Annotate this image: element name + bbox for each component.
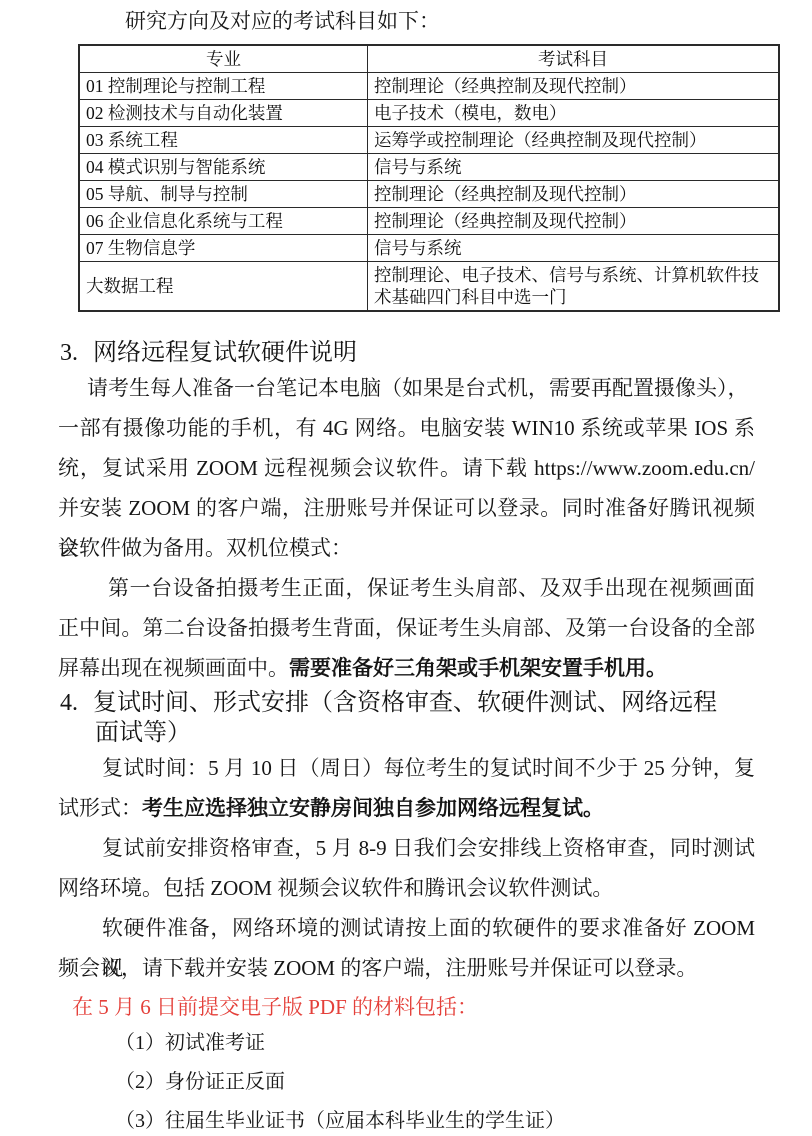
table-row: 07 生物信息学 信号与系统 bbox=[79, 235, 779, 262]
table-row: 01 控制理论与控制工程 控制理论（经典控制及现代控制） bbox=[79, 73, 779, 100]
paragraph-line: 复试时间：5 月 10 日（周日）每位考生的复试时间不少于 25 分钟，复 bbox=[58, 748, 755, 788]
section4-heading: 4. 复试时间、形式安排（含资格审查、软硬件测试、网络远程 bbox=[58, 688, 755, 718]
subject-cell: 运筹学或控制理论（经典控制及现代控制） bbox=[368, 127, 780, 154]
subject-cell: 控制理论（经典控制及现代控制） bbox=[368, 181, 780, 208]
subject-cell: 控制理论（经典控制及现代控制） bbox=[368, 208, 780, 235]
section4-paragraph2: 复试前安排资格审查，5 月 8-9 日我们会安排线上资格审查，同时测试 网络环境… bbox=[58, 828, 755, 908]
paragraph-line: 第一台设备拍摄考生正面，保证考生头肩部、及双手出现在视频画面 bbox=[58, 568, 755, 608]
major-cell: 01 控制理论与控制工程 bbox=[79, 73, 368, 100]
paragraph-line: 并安装 ZOOM 的客户端，注册账号并保证可以登录。同时准备好腾讯视频会 bbox=[58, 488, 755, 528]
subject-cell: 信号与系统 bbox=[368, 235, 780, 262]
subject-cell: 控制理论、电子技术、信号与系统、计算机软件技术基础四门科目中选一门 bbox=[368, 262, 780, 312]
section4-paragraph1: 复试时间：5 月 10 日（周日）每位考生的复试时间不少于 25 分钟，复 试形… bbox=[58, 748, 755, 828]
major-cell: 05 导航、制导与控制 bbox=[79, 181, 368, 208]
paragraph-line: 屏幕出现在视频画面中。需要准备好三角架或手机架安置手机用。 bbox=[58, 648, 755, 688]
paragraph-line: 议软件做为备用。双机位模式： bbox=[58, 528, 755, 568]
table-header-row: 专业 考试科目 bbox=[79, 45, 779, 73]
paragraph-line: 网络环境。包括 ZOOM 视频会议软件和腾讯会议软件测试。 bbox=[58, 868, 755, 908]
subject-cell: 信号与系统 bbox=[368, 154, 780, 181]
list-item: （3）往届生毕业证书（应届本科毕业生的学生证） bbox=[58, 1102, 755, 1136]
section3-paragraph1: 请考生每人准备一台笔记本电脑（如果是台式机，需要再配置摄像头）， 一部有摄像功能… bbox=[58, 368, 755, 568]
section3-number: 3. bbox=[58, 338, 93, 368]
major-cell: 07 生物信息学 bbox=[79, 235, 368, 262]
materials-list: （1）初试准考证 （2）身份证正反面 （3）往届生毕业证书（应届本科毕业生的学生… bbox=[58, 1024, 755, 1136]
list-item: （1）初试准考证 bbox=[58, 1024, 755, 1063]
paragraph-line: 软硬件准备，网络环境的测试请按上面的软硬件的要求准备好 ZOOM 视 bbox=[58, 908, 755, 948]
section3-heading: 3. 网络远程复试软硬件说明 bbox=[58, 338, 755, 368]
major-cell: 03 系统工程 bbox=[79, 127, 368, 154]
major-cell: 06 企业信息化系统与工程 bbox=[79, 208, 368, 235]
paragraph-text: 屏幕出现在视频画面中。 bbox=[58, 656, 289, 680]
major-cell: 02 检测技术与自动化装置 bbox=[79, 100, 368, 127]
table-header-major: 专业 bbox=[79, 45, 368, 73]
subject-cell: 控制理论（经典控制及现代控制） bbox=[368, 73, 780, 100]
section4-number: 4. bbox=[58, 688, 93, 718]
bold-emphasis: 考生应选择独立安静房间独自参加网络远程复试。 bbox=[142, 796, 604, 820]
table-row: 02 检测技术与自动化装置 电子技术（模电，数电） bbox=[79, 100, 779, 127]
table-row: 04 模式识别与智能系统 信号与系统 bbox=[79, 154, 779, 181]
paragraph-line: 正中间。第二台设备拍摄考生背面，保证考生头肩部、及第一台设备的全部 bbox=[58, 608, 755, 648]
major-cell: 大数据工程 bbox=[79, 262, 368, 312]
paragraph-text: 试形式： bbox=[58, 796, 142, 820]
document-page: 研究方向及对应的考试科目如下： 专业 考试科目 01 控制理论与控制工程 控制理… bbox=[0, 0, 812, 1136]
materials-deadline-heading: 在 5 月 6 日前提交电子版 PDF 的材料包括： bbox=[72, 992, 755, 1022]
section3-paragraph2: 第一台设备拍摄考生正面，保证考生头肩部、及双手出现在视频画面 正中间。第二台设备… bbox=[58, 568, 755, 688]
subject-cell: 电子技术（模电，数电） bbox=[368, 100, 780, 127]
major-cell: 04 模式识别与智能系统 bbox=[79, 154, 368, 181]
paragraph-line: 统，复试采用 ZOOM 远程视频会议软件。请下载 https://www.zoo… bbox=[58, 448, 755, 488]
paragraph-line: 一部有摄像功能的手机，有 4G 网络。电脑安装 WIN10 系统或苹果 IOS … bbox=[58, 408, 755, 448]
table-row: 06 企业信息化系统与工程 控制理论（经典控制及现代控制） bbox=[79, 208, 779, 235]
table-row: 03 系统工程 运筹学或控制理论（经典控制及现代控制） bbox=[79, 127, 779, 154]
bold-emphasis: 需要准备好三角架或手机架安置手机用。 bbox=[289, 656, 667, 680]
section4-title-line1: 复试时间、形式安排（含资格审查、软硬件测试、网络远程 bbox=[93, 688, 755, 718]
table-row: 05 导航、制导与控制 控制理论（经典控制及现代控制） bbox=[79, 181, 779, 208]
table-header-subject: 考试科目 bbox=[368, 45, 780, 73]
list-item: （2）身份证正反面 bbox=[58, 1063, 755, 1102]
intro-text: 研究方向及对应的考试科目如下： bbox=[125, 8, 755, 34]
section4-paragraph3: 软硬件准备，网络环境的测试请按上面的软硬件的要求准备好 ZOOM 视 频会议，请… bbox=[58, 908, 755, 988]
section3-title: 网络远程复试软硬件说明 bbox=[93, 338, 755, 368]
paragraph-line: 请考生每人准备一台笔记本电脑（如果是台式机，需要再配置摄像头）， bbox=[58, 368, 755, 408]
paragraph-line: 复试前安排资格审查，5 月 8-9 日我们会安排线上资格审查，同时测试 bbox=[58, 828, 755, 868]
paragraph-line: 频会议，请下载并安装 ZOOM 的客户端，注册账号并保证可以登录。 bbox=[58, 948, 755, 988]
exam-subjects-table: 专业 考试科目 01 控制理论与控制工程 控制理论（经典控制及现代控制） 02 … bbox=[78, 44, 780, 312]
paragraph-line: 试形式：考生应选择独立安静房间独自参加网络远程复试。 bbox=[58, 788, 755, 828]
section4-title-line2: 面试等） bbox=[58, 718, 755, 748]
table-row: 大数据工程 控制理论、电子技术、信号与系统、计算机软件技术基础四门科目中选一门 bbox=[79, 262, 779, 312]
